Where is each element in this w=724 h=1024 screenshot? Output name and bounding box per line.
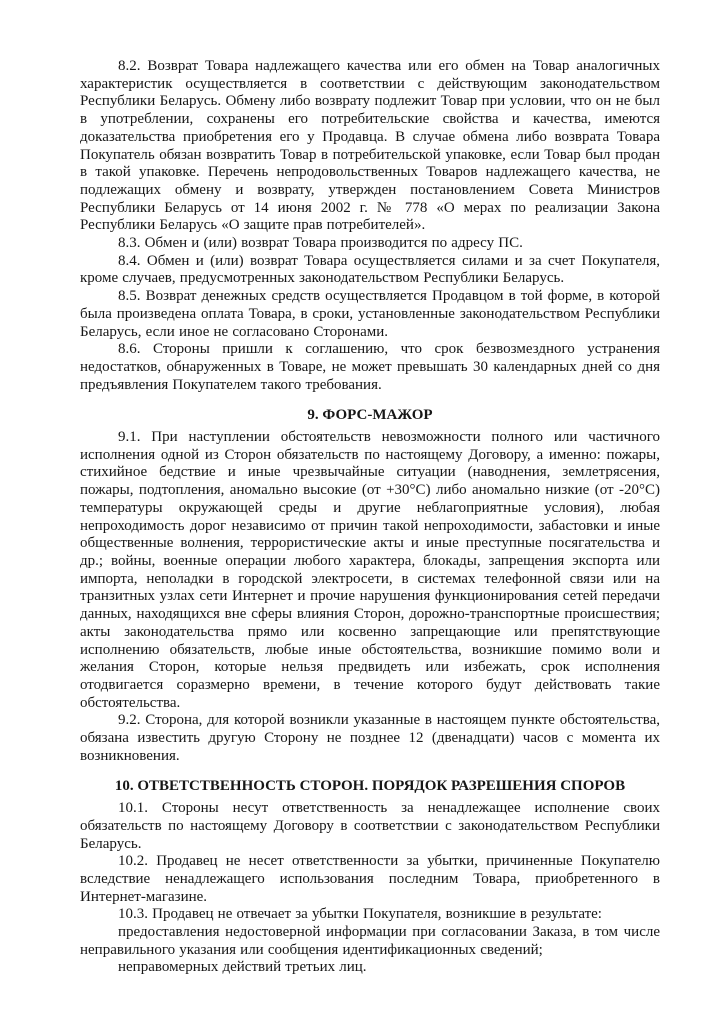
clause-10-2: 10.2. Продавец не несет ответственности …: [80, 853, 660, 906]
section-9-heading: 9. ФОРС-МАЖОР: [80, 407, 660, 425]
clause-8-4: 8.4. Обмен и (или) возврат Товара осущес…: [80, 253, 660, 288]
clause-9-2: 9.2. Сторона, для которой возникли указа…: [80, 712, 660, 765]
clause-10-3-item-1: предоставления недостоверной информации …: [80, 924, 660, 959]
clause-9-1: 9.1. При наступлении обстоятельств невоз…: [80, 429, 660, 712]
clause-10-3: 10.3. Продавец не отвечает за убытки Пок…: [80, 906, 660, 924]
clause-10-3-item-2: неправомерных действий третьих лиц.: [80, 959, 660, 977]
clause-8-2: 8.2. Возврат Товара надлежащего качества…: [80, 58, 660, 235]
section-10-heading: 10. ОТВЕТСТВЕННОСТЬ СТОРОН. ПОРЯДОК РАЗР…: [80, 778, 660, 796]
document-page: 8.2. Возврат Товара надлежащего качества…: [0, 0, 724, 1024]
clause-8-3: 8.3. Обмен и (или) возврат Товара произв…: [80, 235, 660, 253]
clause-8-6: 8.6. Стороны пришли к соглашению, что ср…: [80, 341, 660, 394]
clause-8-5: 8.5. Возврат денежных средств осуществля…: [80, 288, 660, 341]
clause-10-1: 10.1. Стороны несут ответственность за н…: [80, 800, 660, 853]
